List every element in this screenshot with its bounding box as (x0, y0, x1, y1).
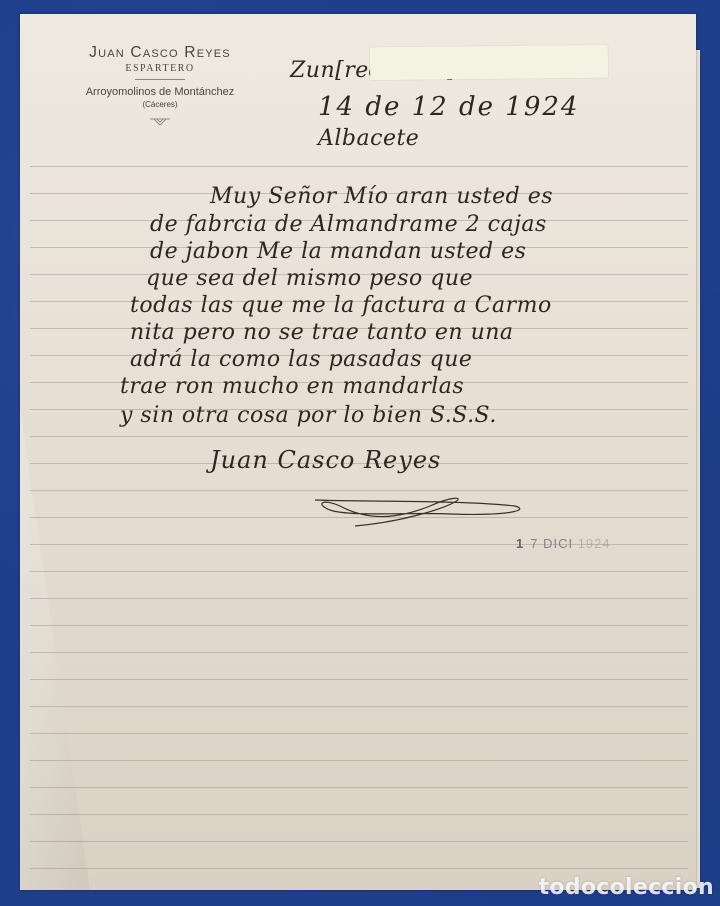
handwritten-recipient: Albacete (318, 126, 419, 151)
watermark: todocoleccion (539, 875, 714, 900)
letterhead-divider (135, 79, 185, 80)
rule-line (30, 598, 688, 599)
body-line-2: de fabrcia de Almandrame 2 cajas (150, 212, 547, 237)
body-line-4: que sea del mismo peso que (146, 266, 473, 291)
rule-line (30, 814, 688, 815)
rule-line (30, 166, 688, 167)
date-stamp: 17 DICI 1924 (516, 536, 611, 551)
body-line-3: de jabon Me la mandan usted es (150, 239, 526, 264)
letterhead: Juan Casco Reyes ESPARTERO Arroyomolinos… (50, 44, 270, 132)
redaction-strip (370, 45, 608, 80)
body-line-1: Muy Señor Mío aran usted es (210, 184, 553, 209)
signature-flourish-icon (310, 492, 525, 532)
letterhead-region: (Cáceres) (50, 100, 270, 109)
paper-fold-shadow (20, 14, 90, 890)
rule-line (30, 490, 688, 491)
letterhead-trade: ESPARTERO (50, 63, 270, 74)
fleuron-ornament-icon (148, 117, 172, 127)
body-line-5: todas las que me la factura a Carmo (130, 293, 552, 318)
letterhead-name: Juan Casco Reyes (50, 44, 270, 62)
rule-line (30, 868, 688, 869)
rule-line (30, 625, 688, 626)
stamp-year: 1924 (578, 536, 611, 551)
body-line-6: nita pero no se trae tanto en una (130, 320, 514, 345)
rule-line (30, 679, 688, 680)
rule-line (30, 571, 688, 572)
body-line-7: adrá la como las pasadas que (130, 347, 472, 372)
rule-line (30, 652, 688, 653)
rule-line (30, 787, 688, 788)
letterhead-place: Arroyomolinos de Montánchez (50, 86, 270, 98)
stamp-date: 7 DICI (530, 536, 573, 551)
rule-line (30, 706, 688, 707)
rule-line (30, 436, 688, 437)
letter-sheet: Juan Casco Reyes ESPARTERO Arroyomolinos… (20, 14, 696, 890)
handwritten-date: 14 de 12 de 1924 (318, 92, 579, 122)
signature: Juan Casco Reyes (210, 446, 441, 474)
rule-line (30, 760, 688, 761)
body-line-8: trae ron mucho en mandarlas (120, 374, 464, 399)
body-line-9: y sin otra cosa por lo bien S.S.S. (120, 403, 497, 428)
rule-line (30, 841, 688, 842)
stamp-digit: 1 (516, 536, 524, 551)
rule-line (30, 733, 688, 734)
